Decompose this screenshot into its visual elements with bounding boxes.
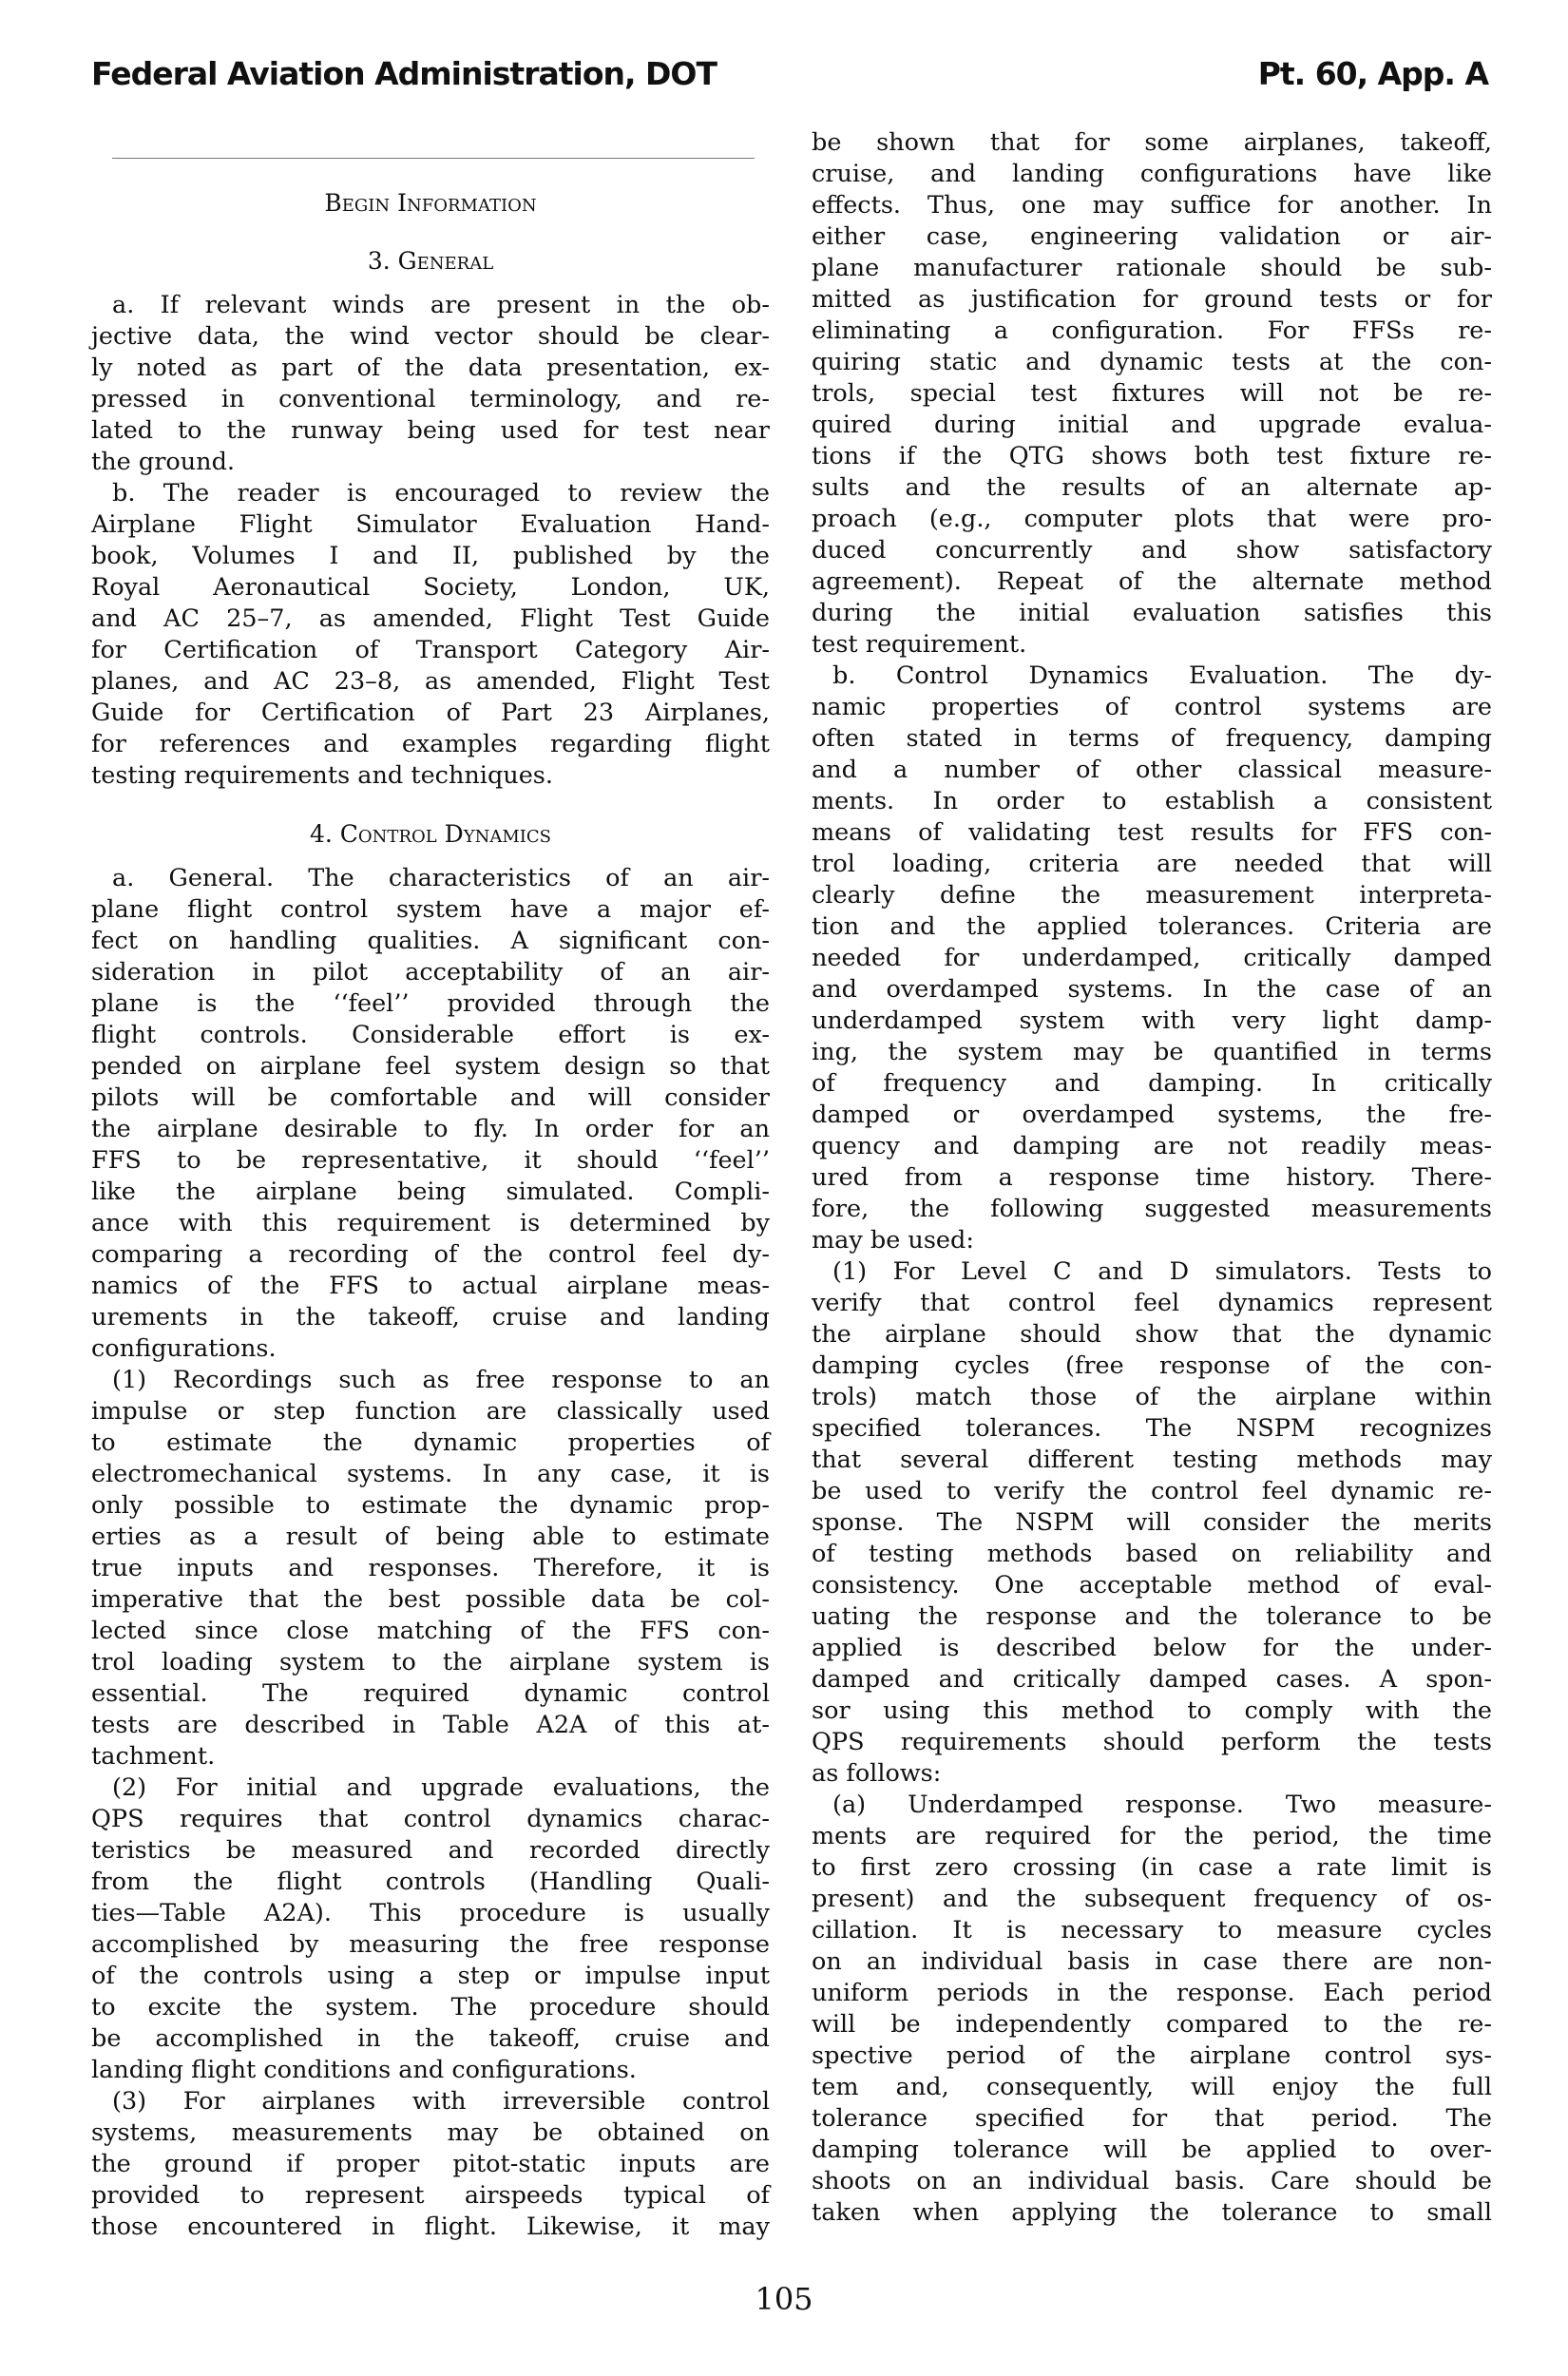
text-line: quired during initial and upgrade evalua…: [812, 410, 1492, 441]
text-line: a. General. The characteristics of an ai…: [91, 863, 770, 894]
text-line: test requirement.: [812, 629, 1492, 661]
text-line: b. Control Dynamics Evaluation. The dy-: [812, 661, 1492, 692]
text-line: erties as a result of being able to esti…: [91, 1522, 770, 1553]
text-line: impulse or step function are classically…: [91, 1396, 770, 1428]
text-line: trols, special test fixtures will not be…: [812, 378, 1492, 410]
text-line: specified tolerances. The NSPM recognize…: [812, 1413, 1492, 1445]
text-line: present) and the subsequent frequency of…: [812, 1884, 1492, 1915]
left-column: Begin Information 3. General a. If relev…: [91, 127, 770, 2243]
text-line: namics of the FFS to actual airplane mea…: [91, 1271, 770, 1302]
text-line: those encountered in flight. Likewise, i…: [91, 2212, 770, 2243]
text-line: tion and the applied tolerances. Criteri…: [812, 911, 1492, 943]
text-line: QPS requirements should perform the test…: [812, 1727, 1492, 1758]
text-line: electromechanical systems. In any case, …: [91, 1459, 770, 1490]
text-line: landing flight conditions and configurat…: [91, 2055, 770, 2086]
text-line: plane manufacturer rationale should be s…: [812, 253, 1492, 284]
text-line: sults and the results of an alternate ap…: [812, 472, 1492, 504]
page-number: 105: [0, 2281, 1568, 2317]
text-line: mitted as justification for ground tests…: [812, 284, 1492, 316]
text-line: the airplane should show that the dynami…: [812, 1319, 1492, 1351]
text-line: namic properties of control systems are: [812, 692, 1492, 723]
text-line: tests are described in Table A2A of this…: [91, 1710, 770, 1741]
text-line: quiring static and dynamic tests at the …: [812, 347, 1492, 378]
text-line: often stated in terms of frequency, damp…: [812, 723, 1492, 755]
part-header: Pt. 60, App. A: [1258, 55, 1488, 92]
text-line: be accomplished in the takeoff, cruise a…: [91, 2023, 770, 2055]
paragraph-3b: b. The reader is encouraged to review th…: [91, 478, 770, 792]
text-line: systems, measurements may be obtained on: [91, 2117, 770, 2149]
text-line: (2) For initial and upgrade evaluations,…: [91, 1772, 770, 1804]
text-line: (1) Recordings such as free response to …: [91, 1365, 770, 1396]
text-line: flight controls. Considerable effort is …: [91, 1020, 770, 1051]
text-line: applied is described below for the under…: [812, 1633, 1492, 1664]
text-line: ance with this requirement is determined…: [91, 1208, 770, 1239]
text-line: sideration in pilot acceptability of an …: [91, 957, 770, 988]
text-line: tachment.: [91, 1741, 770, 1772]
paragraph-4a1: (1) Recordings such as free response to …: [91, 1365, 770, 1772]
section-4-heading: 4. Control Dynamics: [91, 818, 770, 850]
text-line: to excite the system. The procedure shou…: [91, 1992, 770, 2023]
text-line: of testing methods based on reliability …: [812, 1539, 1492, 1570]
paragraph-4b1a: (a) Underdamped response. Two measure-me…: [812, 1790, 1492, 2229]
text-line: provided to represent airspeeds typical …: [91, 2180, 770, 2212]
text-line: the airplane desirable to fly. In order …: [91, 1114, 770, 1145]
text-line: on an individual basis in case there are…: [812, 1946, 1492, 1978]
text-line: may be used:: [812, 1225, 1492, 1256]
text-line: ly noted as part of the data presentatio…: [91, 353, 770, 384]
text-line: b. The reader is encouraged to review th…: [91, 478, 770, 509]
text-line: jective data, the wind vector should be …: [91, 321, 770, 353]
text-line: tem and, consequently, will enjoy the fu…: [812, 2072, 1492, 2103]
text-line: from the flight controls (Handling Quali…: [91, 1867, 770, 1898]
text-line: damping tolerance will be applied to ove…: [812, 2135, 1492, 2166]
text-line: will be independently compared to the re…: [812, 2009, 1492, 2041]
text-line: taken when applying the tolerance to sma…: [812, 2197, 1492, 2229]
text-line: book, Volumes I and II, published by the: [91, 541, 770, 572]
paragraph-4a3: (3) For airplanes with irreversible cont…: [91, 2086, 770, 2243]
paragraph-4a2: (2) For initial and upgrade evaluations,…: [91, 1772, 770, 2086]
text-line: essential. The required dynamic control: [91, 1678, 770, 1710]
text-line: lected since close matching of the FFS c…: [91, 1616, 770, 1647]
text-line: like the airplane being simulated. Compl…: [91, 1177, 770, 1208]
text-line: (3) For airplanes with irreversible cont…: [91, 2086, 770, 2117]
text-line: pilots will be comfortable and will cons…: [91, 1083, 770, 1114]
text-line: ments. In order to establish a consisten…: [812, 786, 1492, 817]
running-head: Federal Aviation Administration, DOT Pt.…: [91, 55, 1488, 97]
text-line: damped or overdamped systems, the fre-: [812, 1100, 1492, 1131]
text-line: duced concurrently and show satisfactory: [812, 535, 1492, 566]
text-line: shoots on an individual basis. Care shou…: [812, 2166, 1492, 2197]
text-line: ured from a response time history. There…: [812, 1162, 1492, 1194]
text-line: comparing a recording of the control fee…: [91, 1239, 770, 1271]
text-line: tolerance specified for that period. The: [812, 2103, 1492, 2135]
text-line: imperative that the best possible data b…: [91, 1584, 770, 1616]
text-line: Airplane Flight Simulator Evaluation Han…: [91, 509, 770, 541]
text-line: plane is the ‘‘feel’’ provided through t…: [91, 988, 770, 1020]
text-line: that several different testing methods m…: [812, 1445, 1492, 1476]
text-line: be used to verify the control feel dynam…: [812, 1476, 1492, 1507]
text-line: and overdamped systems. In the case of a…: [812, 974, 1492, 1006]
text-line: be shown that for some airplanes, takeof…: [812, 127, 1492, 159]
begin-information-heading: Begin Information: [91, 187, 770, 219]
paragraph-4b1: (1) For Level C and D simulators. Tests …: [812, 1256, 1492, 1790]
text-line: trols) match those of the airplane withi…: [812, 1382, 1492, 1413]
text-line: of frequency and damping. In critically: [812, 1068, 1492, 1100]
text-line: clearly define the measurement interpret…: [812, 880, 1492, 911]
agency-header: Federal Aviation Administration, DOT: [91, 55, 717, 92]
text-line: damping cycles (free response of the con…: [812, 1351, 1492, 1382]
text-line: true inputs and responses. Therefore, it…: [91, 1553, 770, 1584]
text-line: a. If relevant winds are present in the …: [91, 290, 770, 321]
text-line: testing requirements and techniques.: [91, 760, 770, 792]
text-line: during the initial evaluation satisfies …: [812, 598, 1492, 629]
text-line: cillation. It is necessary to measure cy…: [812, 1915, 1492, 1946]
text-line: configurations.: [91, 1333, 770, 1365]
text-line: the ground.: [91, 447, 770, 478]
text-line: (1) For Level C and D simulators. Tests …: [812, 1256, 1492, 1288]
section-3-heading: 3. General: [91, 245, 770, 277]
text-line: to estimate the dynamic properties of: [91, 1428, 770, 1459]
text-line: FFS to be representative, it should ‘‘fe…: [91, 1145, 770, 1177]
section-divider: [112, 158, 755, 159]
text-line: pended on airplane feel system design so…: [91, 1051, 770, 1083]
text-line: plane flight control system have a major…: [91, 894, 770, 926]
text-line: ments are required for the period, the t…: [812, 1821, 1492, 1852]
paragraph-4a3-continued: be shown that for some airplanes, takeof…: [812, 127, 1492, 661]
text-line: tions if the QTG shows both test fixture…: [812, 441, 1492, 472]
paragraph-3a: a. If relevant winds are present in the …: [91, 290, 770, 478]
text-line: fect on handling qualities. A significan…: [91, 926, 770, 957]
text-line: trol loading system to the airplane syst…: [91, 1647, 770, 1678]
text-line: for references and examples regarding fl…: [91, 729, 770, 760]
text-line: trol loading, criteria are needed that w…: [812, 849, 1492, 880]
text-line: urements in the takeoff, cruise and land…: [91, 1302, 770, 1333]
text-line: damped and critically damped cases. A sp…: [812, 1664, 1492, 1696]
text-line: accomplished by measuring the free respo…: [91, 1929, 770, 1961]
text-line: teristics be measured and recorded direc…: [91, 1835, 770, 1867]
text-line: pressed in conventional terminology, and…: [91, 384, 770, 415]
paragraph-4b: b. Control Dynamics Evaluation. The dy-n…: [812, 661, 1492, 1256]
text-line: (a) Underdamped response. Two measure-: [812, 1790, 1492, 1821]
text-line: sponse. The NSPM will consider the merit…: [812, 1507, 1492, 1539]
text-line: quency and damping are not readily meas-: [812, 1131, 1492, 1162]
text-line: ties—Table A2A). This procedure is usual…: [91, 1898, 770, 1929]
text-line: of the controls using a step or impulse …: [91, 1961, 770, 1992]
text-line: spective period of the airplane control …: [812, 2041, 1492, 2072]
text-line: cruise, and landing configurations have …: [812, 159, 1492, 190]
text-line: planes, and AC 23–8, as amended, Flight …: [91, 666, 770, 698]
text-line: and AC 25–7, as amended, Flight Test Gui…: [91, 604, 770, 635]
text-line: means of validating test results for FFS…: [812, 817, 1492, 849]
text-line: eliminating a configuration. For FFSs re…: [812, 316, 1492, 347]
text-line: as follows:: [812, 1758, 1492, 1790]
text-line: ing, the system may be quantified in ter…: [812, 1037, 1492, 1068]
text-line: fore, the following suggested measuremen…: [812, 1194, 1492, 1225]
text-line: uniform periods in the response. Each pe…: [812, 1978, 1492, 2009]
right-column: be shown that for some airplanes, takeof…: [812, 127, 1492, 2229]
text-line: the ground if proper pitot-static inputs…: [91, 2149, 770, 2180]
text-line: proach (e.g., computer plots that were p…: [812, 504, 1492, 535]
text-line: Royal Aeronautical Society, London, UK,: [91, 572, 770, 604]
text-line: to first zero crossing (in case a rate l…: [812, 1852, 1492, 1884]
text-line: agreement). Repeat of the alternate meth…: [812, 566, 1492, 598]
text-line: underdamped system with very light damp-: [812, 1006, 1492, 1037]
text-line: verify that control feel dynamics repres…: [812, 1288, 1492, 1319]
text-line: Guide for Certification of Part 23 Airpl…: [91, 698, 770, 729]
text-line: lated to the runway being used for test …: [91, 415, 770, 447]
text-line: either case, engineering validation or a…: [812, 221, 1492, 253]
text-line: needed for underdamped, critically dampe…: [812, 943, 1492, 974]
text-line: sor using this method to comply with the: [812, 1696, 1492, 1727]
text-line: effects. Thus, one may suffice for anoth…: [812, 190, 1492, 221]
paragraph-4a: a. General. The characteristics of an ai…: [91, 863, 770, 1365]
text-line: QPS requires that control dynamics chara…: [91, 1804, 770, 1835]
text-line: and a number of other classical measure-: [812, 755, 1492, 786]
text-line: consistency. One acceptable method of ev…: [812, 1570, 1492, 1601]
text-line: uating the response and the tolerance to…: [812, 1601, 1492, 1633]
text-line: for Certification of Transport Category …: [91, 635, 770, 666]
text-line: only possible to estimate the dynamic pr…: [91, 1490, 770, 1522]
